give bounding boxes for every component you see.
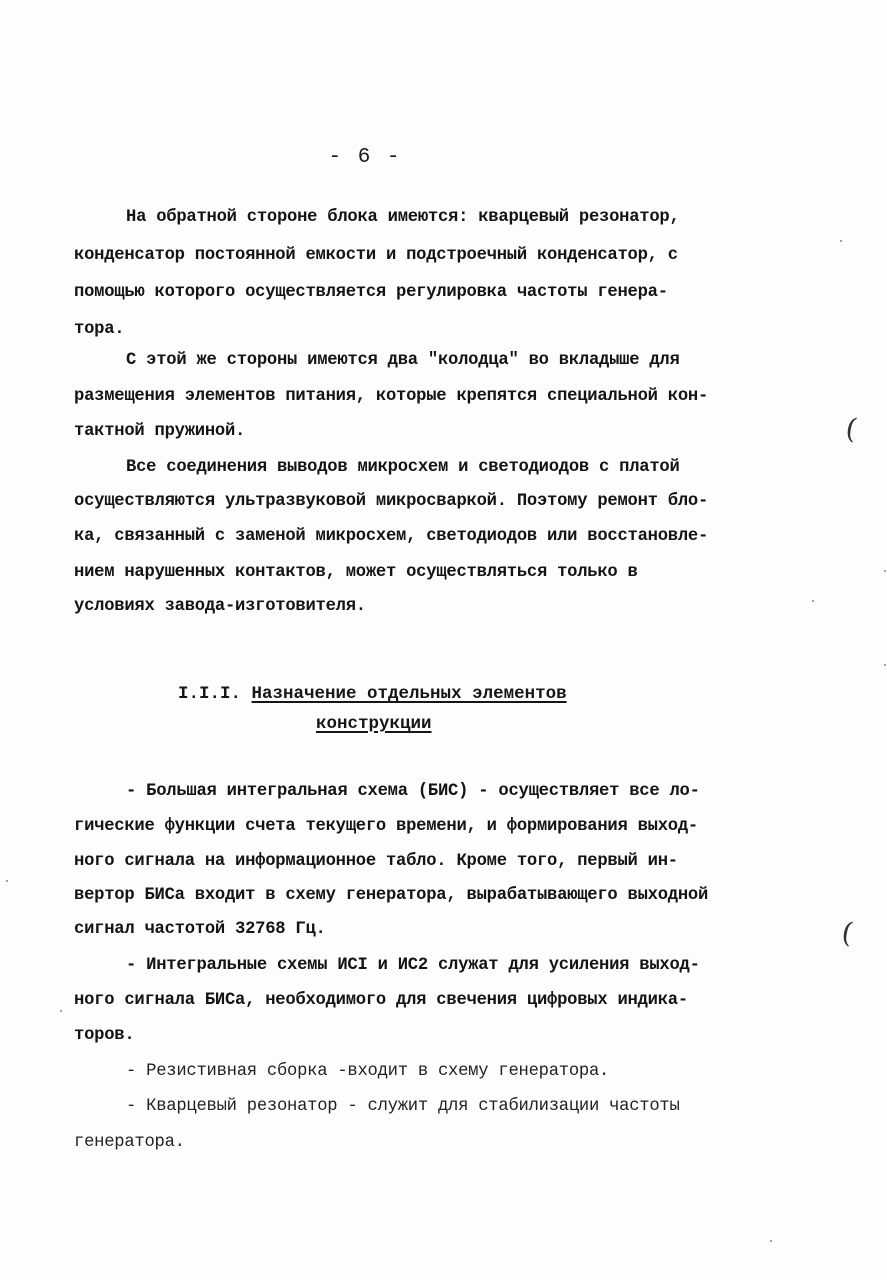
text-line: гические функции счета текущего времени,… xyxy=(74,817,698,836)
margin-mark: ( xyxy=(843,411,860,445)
text-line: нием нарушенных контактов, может осущест… xyxy=(74,563,638,582)
scan-speck xyxy=(840,240,842,242)
text-line: - Большая интегральная схема (БИС) - осу… xyxy=(126,782,700,801)
text-line: сигнал частотой 32768 Гц. xyxy=(74,920,326,939)
text-line: вертор БИСа входит в схему генератора, в… xyxy=(74,886,708,905)
text-line: ка, связанный с заменой микросхем, свето… xyxy=(74,527,708,546)
text-line: тактной пружиной. xyxy=(74,422,245,441)
scan-speck xyxy=(6,880,8,882)
section-title-continued: конструкции xyxy=(316,714,432,734)
text-line: тора. xyxy=(74,320,124,339)
section-title: Назначение отдельных элементов xyxy=(252,684,567,704)
text-line: осуществляются ультразвуковой микросварк… xyxy=(74,492,708,511)
scan-speck xyxy=(884,664,886,666)
text-line: генератора. xyxy=(74,1133,185,1152)
section-number: I.I.I. xyxy=(178,684,241,704)
scan-speck xyxy=(812,600,814,602)
text-line: условиях завода-изготовителя. xyxy=(74,597,366,616)
scan-speck xyxy=(884,570,886,572)
text-line: С этой же стороны имеются два "колодца" … xyxy=(126,351,680,370)
text-line: ного сигнала на информационное табло. Кр… xyxy=(74,852,678,871)
scan-speck xyxy=(770,1240,772,1242)
text-line: Все соединения выводов микросхем и свето… xyxy=(126,458,680,477)
text-line: На обратной стороне блока имеются: кварц… xyxy=(126,208,680,227)
margin-mark: ( xyxy=(839,915,856,949)
text-line: - Резистивная сборка -входит в схему ген… xyxy=(126,1062,609,1081)
text-line: помощью которого осуществляется регулиро… xyxy=(74,283,668,302)
scan-speck xyxy=(60,1010,62,1012)
text-line: торов. xyxy=(74,1026,134,1045)
page-number: - 6 - xyxy=(0,146,730,169)
text-line: размещения элементов питания, которые кр… xyxy=(74,387,708,406)
text-line: - Кварцевый резонатор - служит для стаби… xyxy=(126,1097,680,1116)
text-line: конденсатор постоянной емкости и подстро… xyxy=(74,246,678,265)
text-line: ного сигнала БИСа, необходимого для свеч… xyxy=(74,991,688,1010)
text-line: - Интегральные схемы ИСI и ИС2 служат дл… xyxy=(126,956,700,975)
